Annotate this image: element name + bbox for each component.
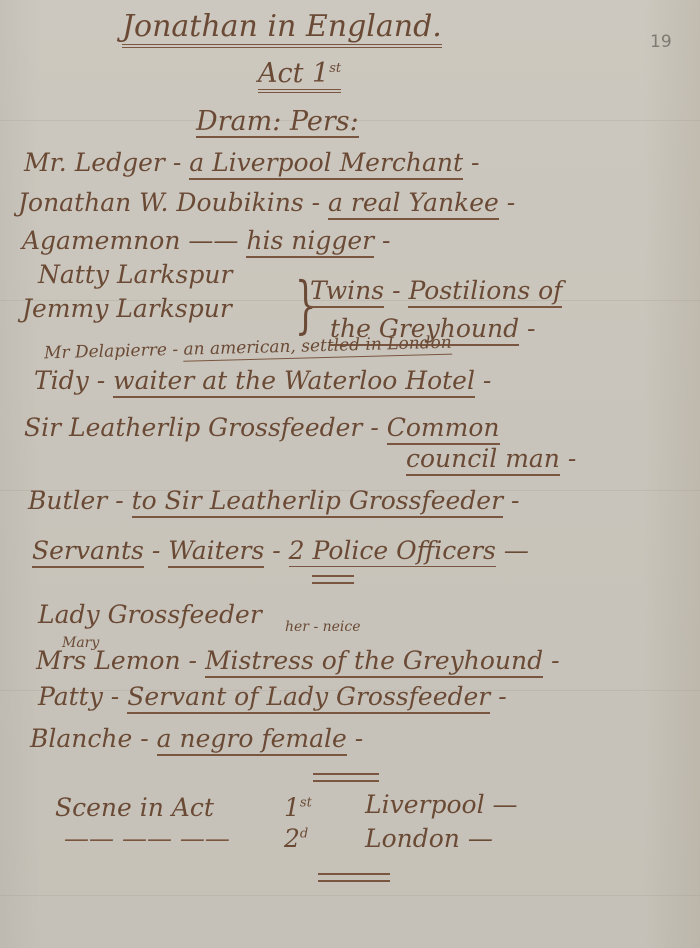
separator: - (568, 444, 576, 473)
character-role: an american, settled in London (183, 333, 452, 362)
ruled-line (0, 895, 700, 896)
annotation: her - neice (285, 620, 361, 634)
female-cast-row: Mrs Lemon - Mistress of the Greyhound - (36, 648, 560, 673)
separator: - (140, 724, 148, 753)
cast-row: Butler - to Sir Leatherlip Grossfeeder - (28, 488, 519, 513)
separator: - (483, 366, 491, 395)
character-name: Blanche (30, 724, 132, 753)
section-heading: Dram: Pers: (196, 108, 359, 138)
separator: - (272, 536, 280, 565)
character-name: Natty Larkspur (38, 262, 232, 287)
separator: - (392, 276, 400, 305)
character-role: Twins (310, 276, 384, 308)
double-rule-divider (313, 773, 379, 782)
separator: —— (188, 226, 238, 255)
character-role: waiter at the Waterloo Hotel (113, 366, 475, 398)
cast-row: Tidy - waiter at the Waterloo Hotel - (34, 368, 491, 393)
character-name: Agamemnon (22, 226, 180, 255)
scene-dashes: —— —— —— (64, 826, 230, 851)
separator: - (97, 366, 105, 395)
character-name: Mrs Lemon (36, 646, 181, 675)
character-name: Sir Leatherlip Grossfeeder (24, 413, 362, 442)
separator: - (115, 486, 123, 515)
cast-role-group: Twins - Postilions of (310, 278, 562, 303)
act-number: 1 (284, 793, 300, 822)
act-ordinal: st (300, 796, 312, 811)
character-name: Mr Delapierre (44, 340, 167, 363)
separator: - (189, 646, 197, 675)
character-role: Mistress of the Greyhound (205, 646, 543, 678)
scene-act-number: 1st (284, 795, 312, 820)
female-cast-row: Blanche - a negro female - (30, 726, 363, 751)
document-title: Jonathan in England. (122, 12, 442, 48)
character-role-extra: 2 Police Officers (289, 536, 496, 567)
cast-row-insertion: Mr Delapierre - an american, settled in … (44, 335, 452, 363)
separator: — (504, 536, 529, 565)
character-name: Mr. Ledger (24, 148, 165, 177)
character-role: Postilions of (408, 276, 562, 308)
character-role: a negro female (157, 724, 347, 756)
act-number: 2 (284, 824, 300, 853)
character-role: his nigger (246, 226, 374, 258)
act-heading: Act 1st (258, 60, 341, 93)
character-name: Servants (32, 536, 144, 568)
cast-row: Servants - Waiters - 2 Police Officers — (32, 538, 529, 563)
character-name: Patty (38, 682, 103, 711)
character-role: to Sir Leatherlip Grossfeeder (132, 486, 503, 518)
separator: - (471, 148, 479, 177)
separator: — (468, 824, 493, 853)
manuscript-page: 19 Jonathan in England. Act 1st Dram: Pe… (0, 0, 700, 948)
page-number: 19 (650, 32, 672, 52)
female-cast-row: Patty - Servant of Lady Grossfeeder - (38, 684, 507, 709)
separator: - (527, 314, 535, 343)
character-name: Jonathan W. Doubikins (18, 188, 304, 217)
scene-label: Scene in Act (55, 795, 214, 820)
cast-row: Jonathan W. Doubikins - a real Yankee - (18, 190, 515, 215)
scene-place: Liverpool — (365, 792, 518, 817)
separator: - (511, 486, 519, 515)
character-role: a real Yankee (328, 188, 499, 220)
separator: - (312, 188, 320, 217)
separator: - (382, 226, 390, 255)
character-name: Lady Grossfeeder (38, 600, 262, 629)
double-rule-divider (312, 575, 354, 584)
character-role: council man (406, 444, 560, 476)
scene-place: London — (365, 826, 493, 851)
cast-row: Mr. Ledger - a Liverpool Merchant - (24, 150, 480, 175)
double-rule-divider (318, 873, 390, 882)
character-name: Jemmy Larkspur (22, 296, 232, 321)
separator: - (498, 682, 506, 711)
character-name: Tidy (34, 366, 89, 395)
female-cast-row: Lady Grossfeeder (38, 602, 262, 627)
act-ordinal: d (300, 827, 308, 842)
scene-act-number: 2d (284, 826, 308, 851)
character-name: Butler (28, 486, 107, 515)
character-role: Servant of Lady Grossfeeder (127, 682, 490, 714)
separator: - (173, 148, 181, 177)
act-heading-base: Act 1 (258, 58, 329, 89)
separator: - (152, 536, 160, 565)
separator: - (370, 413, 378, 442)
cast-row: Sir Leatherlip Grossfeeder - Common (24, 415, 500, 440)
separator: - (355, 724, 363, 753)
separator: — (493, 790, 518, 819)
separator: - (111, 682, 119, 711)
cast-row: Agamemnon —— his nigger - (22, 228, 390, 253)
character-role: Waiters (168, 536, 264, 568)
separator: - (507, 188, 515, 217)
character-role: a Liverpool Merchant (189, 148, 463, 180)
cast-role-continuation: council man - (406, 446, 576, 471)
character-role: Common (387, 413, 500, 445)
place-name: Liverpool (365, 790, 485, 819)
act-heading-sup: st (329, 61, 341, 76)
separator: - (172, 340, 178, 360)
separator: - (551, 646, 559, 675)
place-name: London (365, 824, 460, 853)
